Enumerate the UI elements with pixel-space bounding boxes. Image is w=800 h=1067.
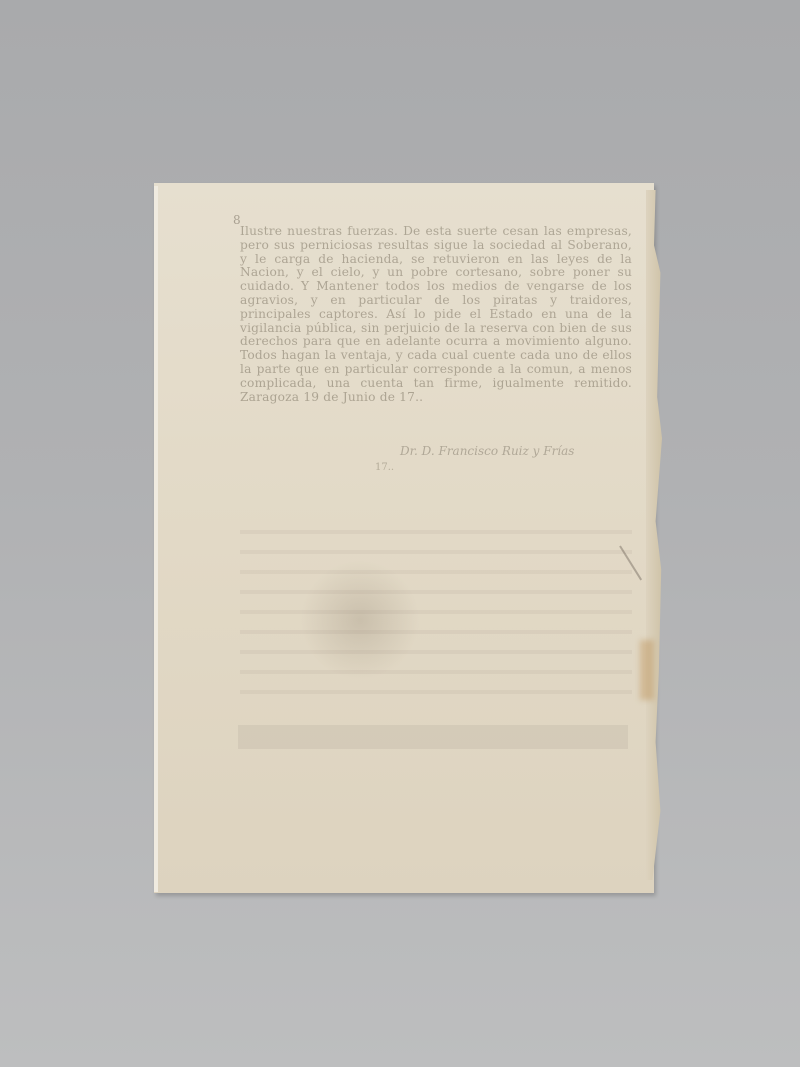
faded-line [240,550,632,554]
date-line: 17.. [375,462,394,473]
faded-line [240,610,632,614]
faded-line [240,630,632,634]
faded-border-band [238,725,628,749]
paragraph: Ilustre nuestras fuerzas. De esta suerte… [240,225,632,404]
faded-line [240,670,632,674]
foxing-stain [640,640,654,700]
paper-torn-right-edge [646,190,662,880]
show-through-text: Ilustre nuestras fuerzas. De esta suerte… [240,225,632,404]
faded-line [240,690,632,694]
signature-line: Dr. D. Francisco Ruiz y Frías [400,444,574,458]
faded-line [240,570,632,574]
paper-left-edge [154,186,158,892]
faded-line [240,650,632,654]
faded-line [240,590,632,594]
faded-line [240,530,632,534]
dirt-smudge [300,560,420,680]
